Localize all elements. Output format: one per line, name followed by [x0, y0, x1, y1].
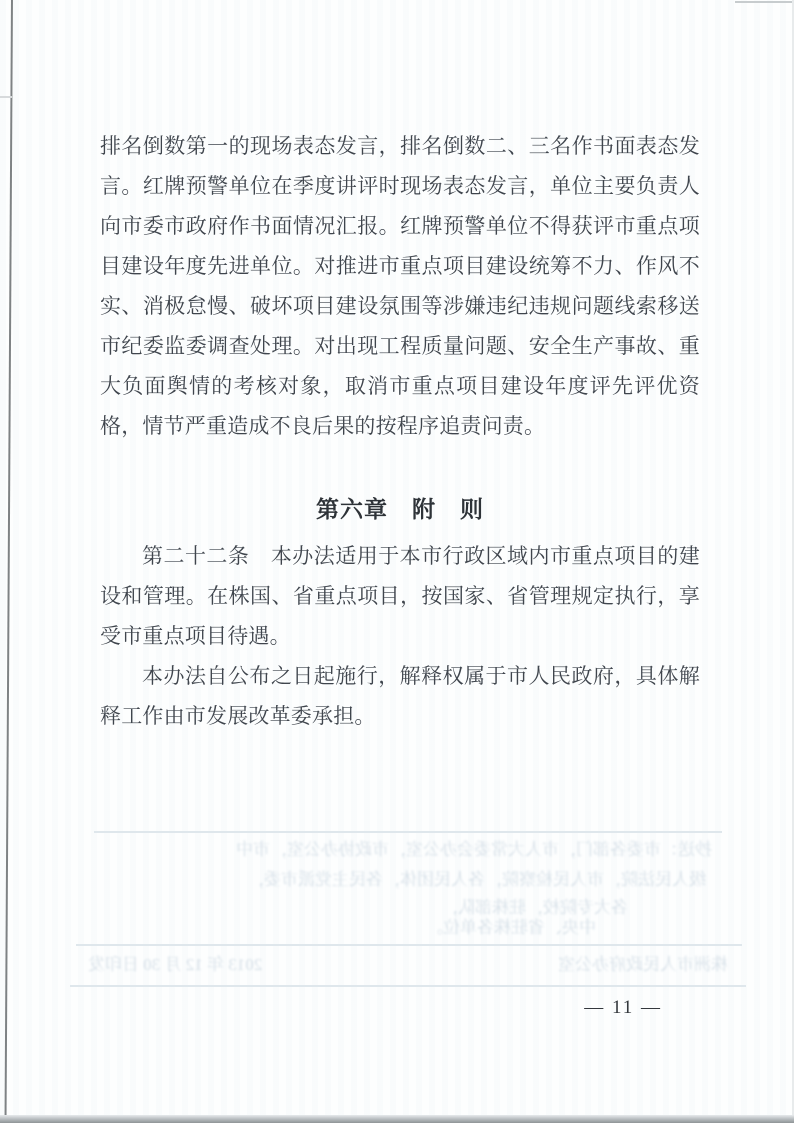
bleedthrough-rule-top — [94, 831, 722, 833]
bleedthrough-text-row: 级人民法院，市人民检察院，各人民团体，各民主党派市委， — [247, 870, 706, 890]
bleedthrough-text-row: 中央、省驻株各单位。 — [426, 918, 596, 938]
scanned-bottom-page-edge — [0, 1115, 794, 1123]
reverse-side-bleedthrough: 抄送：市委各部门，市人大常委会办公室，市政协办公室，市中 级人民法院，市人民检察… — [70, 828, 746, 990]
scanned-left-edge-notch — [0, 96, 12, 98]
bleedthrough-rule-bottom — [70, 985, 746, 987]
document-body: 排名倒数第一的现场表态发言，排名倒数二、三名作书面表态发言。红牌预警单位在季度讲… — [100, 126, 700, 736]
bleedthrough-colophon-date: 2013 年 12 月 30 日印发 — [88, 955, 262, 975]
scanned-document-page: { "page": { "number_label": "— 11 —", "b… — [0, 0, 794, 1123]
page-number: — 11 — — [584, 997, 662, 1019]
closing-paragraph: 本办法自公布之日起施行，解释权属于市人民政府，具体解释工作由市发展改革委承担。 — [100, 656, 700, 736]
bleedthrough-colophon-row: 株洲市人民政府办公室 2013 年 12 月 30 日印发 — [88, 955, 728, 975]
body-paragraph-continuation: 排名倒数第一的现场表态发言，排名倒数二、三名作书面表态发言。红牌预警单位在季度讲… — [100, 126, 700, 446]
bleedthrough-colophon-office: 株洲市人民政府办公室 — [558, 955, 728, 975]
article-22-paragraph: 第二十二条 本办法适用于本市行政区域内市重点项目的建设和管理。在株国、省重点项目… — [100, 536, 700, 656]
scanned-top-right-edge — [735, 1, 794, 3]
chapter-heading: 第六章 附 则 — [100, 490, 700, 530]
bleedthrough-text-row: 各大专院校，驻株部队， — [441, 898, 628, 918]
scanned-left-page-edge — [5, 0, 13, 1121]
bleedthrough-rule-middle — [76, 944, 742, 946]
bleedthrough-text-row: 抄送：市委各部门，市人大常委会办公室，市政协办公室，市中 — [236, 840, 712, 860]
